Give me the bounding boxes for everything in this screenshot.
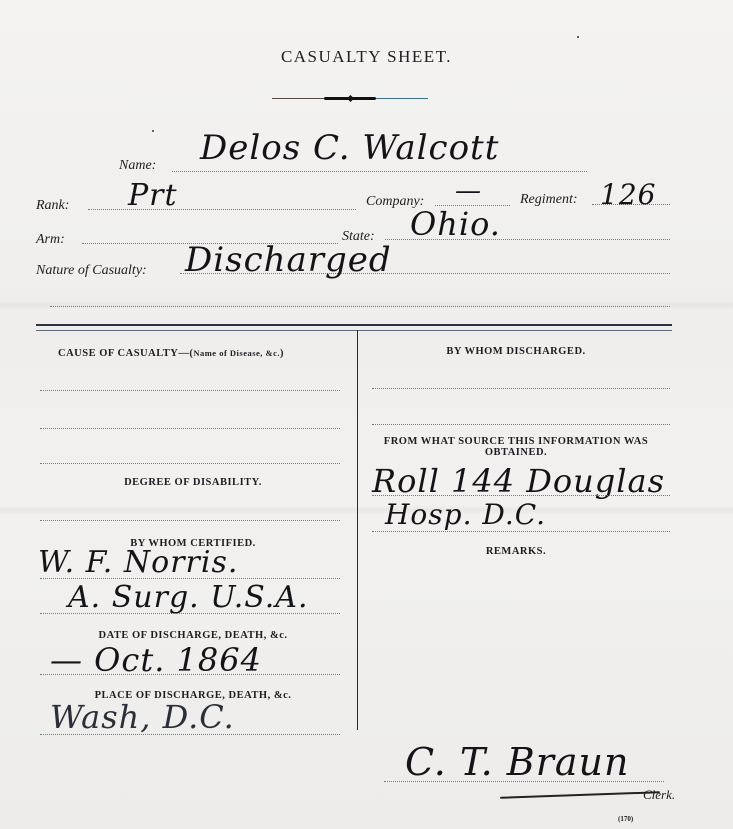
information-source-heading: FROM WHAT SOURCE THIS INFORMATION WAS OB…	[360, 436, 672, 458]
source-line-1	[372, 495, 670, 496]
cause-line-2	[40, 428, 340, 429]
name-label: Name:	[119, 158, 156, 174]
information-source-line2[interactable]: Hosp. D.C.	[385, 498, 546, 531]
casualty-sheet: CASUALTY SHEET. Name: Delos C. Walcott R…	[0, 0, 733, 829]
nature-of-casualty-value[interactable]: Discharged	[185, 240, 392, 280]
clerk-label: Clerk.	[643, 787, 675, 803]
certified-line-1	[40, 578, 340, 579]
paper-speck	[577, 36, 579, 38]
company-value[interactable]: —	[455, 176, 482, 206]
rank-label: Rank:	[36, 198, 69, 214]
date-of-discharge-heading: DATE OF DISCHARGE, DEATH, &c.	[38, 630, 348, 641]
date-line	[40, 674, 340, 675]
cause-of-casualty-heading: CAUSE OF CASUALTY—(Name of Disease, &c.)	[38, 348, 368, 359]
clerk-flourish	[500, 791, 660, 799]
paper-speck	[152, 130, 154, 132]
degree-of-disability-heading: DEGREE OF DISABILITY.	[38, 477, 348, 488]
degree-line	[40, 520, 340, 521]
certified-by-title[interactable]: A. Surg. U.S.A.	[68, 580, 309, 615]
rank-value[interactable]: Prt	[128, 178, 178, 213]
cause-line-3	[40, 463, 340, 464]
page-title: CASUALTY SHEET.	[0, 47, 733, 67]
clerk-signature[interactable]: C. T. Braun	[405, 740, 630, 784]
nature-of-casualty-label: Nature of Casualty:	[36, 263, 147, 279]
information-source-heading-line2: OBTAINED.	[360, 447, 672, 458]
discharged-line-1	[372, 388, 670, 389]
source-line-2	[372, 531, 670, 532]
title-ornament	[272, 96, 428, 102]
section-divider	[36, 324, 672, 331]
column-divider	[357, 330, 358, 730]
certified-by-name[interactable]: W. F. Norris.	[38, 545, 238, 580]
information-source-heading-line1: FROM WHAT SOURCE THIS INFORMATION WAS	[360, 436, 672, 447]
paper-fold	[0, 505, 733, 515]
cause-line-1	[40, 390, 340, 391]
discharged-line-2	[372, 424, 670, 425]
extra-line	[50, 306, 670, 307]
regiment-value[interactable]: 126	[600, 178, 656, 211]
state-value[interactable]: Ohio.	[410, 205, 501, 243]
form-number: (170)	[618, 815, 633, 823]
place-of-discharge-value[interactable]: Wash, D.C.	[50, 698, 235, 736]
place-line	[40, 734, 340, 735]
remarks-heading: REMARKS.	[360, 546, 672, 557]
paper-fold	[0, 300, 733, 310]
arm-label: Arm:	[36, 232, 65, 248]
clerk-signature-line	[384, 781, 664, 782]
discharged-by-heading: BY WHOM DISCHARGED.	[360, 346, 672, 357]
certified-line-2	[40, 613, 340, 614]
name-line	[172, 171, 587, 172]
regiment-label: Regiment:	[520, 192, 578, 208]
name-value[interactable]: Delos C. Walcott	[200, 128, 499, 168]
